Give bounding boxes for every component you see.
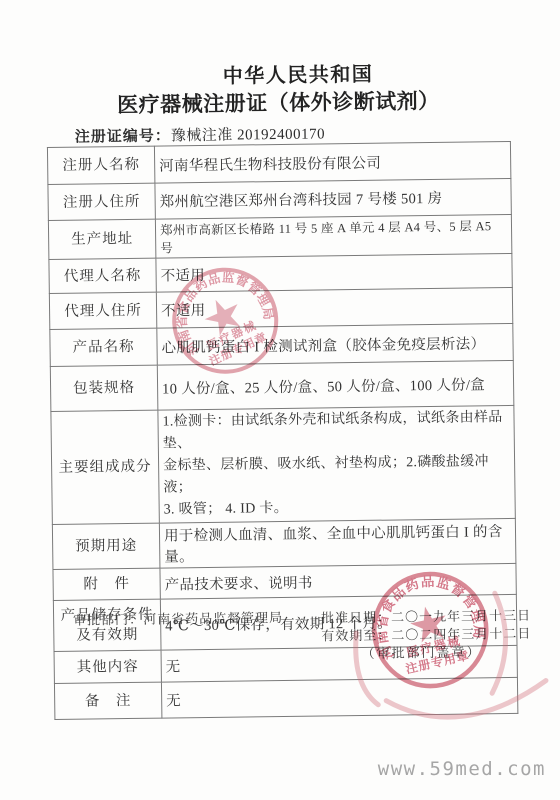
table-row: 注册人名称河南华程氏生物科技股份有限公司	[47, 141, 510, 184]
table-row: 注册人住所郑州航空港区郑州台湾科技园 7 号楼 501 房	[48, 178, 511, 220]
table-row: 预期用途用于检测人血清、血浆、全血中心肌肌钙蛋白 I 的含量。	[52, 518, 516, 569]
certificate-number-value: 豫械注准 20192400170	[171, 126, 325, 144]
table-row: 包装规格10 人份/盒、25 人份/盒、50 人份/盒、100 人份/盒	[50, 360, 514, 411]
valid-until-label: 有效期至：	[321, 628, 391, 644]
row-label: 预期用途	[52, 523, 160, 569]
approve-date-label: 批准日期：	[321, 610, 391, 626]
certificate-number-label: 注册证编号：	[75, 128, 171, 145]
row-label: 主要组成成分	[51, 410, 159, 524]
row-value: 郑州航空港区郑州台湾科技园 7 号楼 501 房	[155, 178, 511, 219]
certificate-page: 中华人民共和国 医疗器械注册证（体外诊断试剂） 注册证编号：豫械注准 20192…	[0, 0, 560, 800]
valid-until-line: 有效期至：二〇二四年三月十二日	[321, 625, 531, 646]
row-value: 用于检测人血清、血浆、全血中心肌肌钙蛋白 I 的含量。	[159, 518, 516, 568]
table-row: 备 注无	[54, 677, 517, 719]
row-value: 郑州市高新区长椿路 11 号 5 座 A 单元 4 层 A4 号、5 层 A5 …	[155, 214, 511, 258]
row-label: 包装规格	[50, 365, 158, 411]
row-label: 代理人名称	[49, 258, 156, 293]
row-value: 不适用	[156, 253, 512, 292]
row-label: 其他内容	[54, 650, 161, 683]
row-label: 备 注	[54, 682, 161, 719]
approval-department-label: 审批部门：	[73, 612, 143, 628]
row-label: 附 件	[53, 568, 160, 600]
row-value: 河南华程氏生物科技股份有限公司	[154, 141, 510, 183]
row-value: 不适用	[156, 287, 512, 328]
table-row: 主要组成成分1.检测卡：由试纸条外壳和试纸条构成，试纸条由样品垫、 金标垫、层析…	[51, 405, 515, 524]
row-value: 产品技术要求、说明书	[160, 563, 516, 599]
scanned-document: 中华人民共和国 医疗器械注册证（体外诊断试剂） 注册证编号：豫械注准 20192…	[0, 0, 560, 800]
doc-title-type: 医疗器械注册证（体外诊断试剂）	[0, 83, 559, 120]
seal-note: （审批部门盖章）	[361, 643, 531, 663]
approval-department-value: 河南省药品监督管理局	[143, 610, 283, 627]
approve-date-value: 二〇一九年三月十三日	[391, 608, 531, 625]
row-label: 生产地址	[48, 219, 156, 259]
table-row: 生产地址郑州市高新区长椿路 11 号 5 座 A 单元 4 层 A4 号、5 层…	[48, 214, 511, 259]
row-value: 心肌肌钙蛋白 I 检测试剂盒（胶体金免疫层析法）	[157, 323, 513, 365]
row-value: 1.检测卡：由试纸条外壳和试纸条构成，试纸条由样品垫、 金标垫、层析膜、吸水纸、…	[158, 405, 515, 523]
row-label: 产品名称	[50, 328, 157, 366]
watermark-url: www.59med.com	[378, 758, 546, 780]
valid-until-value: 二〇二四年三月十二日	[391, 626, 531, 643]
approval-department-line: 审批部门：河南省药品监督管理局	[73, 607, 283, 629]
table-row: 产品名称心肌肌钙蛋白 I 检测试剂盒（胶体金免疫层析法）	[50, 323, 513, 366]
row-value: 无	[161, 677, 517, 718]
dates-block: 批准日期：二〇一九年三月十三日 有效期至：二〇二四年三月十二日 （审批部门盖章）	[321, 607, 532, 664]
table-row: 代理人住所不适用	[49, 287, 512, 329]
row-label: 代理人住所	[49, 292, 156, 329]
row-label: 注册人住所	[48, 183, 155, 220]
row-label: 注册人名称	[47, 146, 154, 184]
row-value: 10 人份/盒、25 人份/盒、50 人份/盒、100 人份/盒	[157, 360, 514, 410]
